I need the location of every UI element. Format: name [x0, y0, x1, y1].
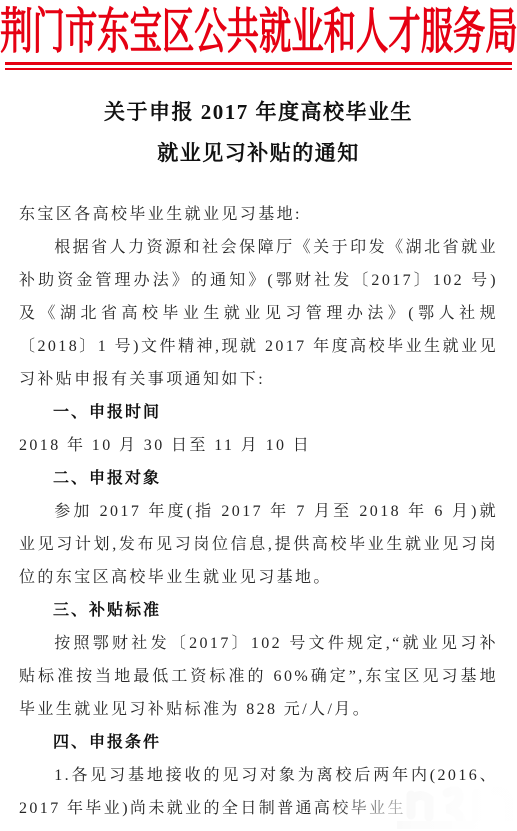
document-title-line2: 就业见习补贴的通知	[0, 133, 517, 174]
section-4-body: 1.各见习基地接收的见习对象为离校后两年内(2016、2017 年毕业)尚未就业…	[19, 759, 498, 825]
section-4-heading: 四、申报条件	[19, 726, 498, 759]
intro-paragraph: 根据省人力资源和社会保障厅《关于印发《湖北省就业补助资金管理办法》的通知》(鄂财…	[19, 231, 498, 396]
document-body: 东宝区各高校毕业生就业见习基地: 根据省人力资源和社会保障厅《关于印发《湖北省就…	[19, 198, 498, 825]
section-3-heading: 三、补贴标准	[19, 594, 498, 627]
section-3-body: 按照鄂财社发〔2017〕102 号文件规定,“就业见习补贴标准按当地最低工资标准…	[19, 627, 498, 726]
section-1-heading: 一、申报时间	[19, 396, 498, 429]
document-title-line1: 关于申报 2017 年度高校毕业生	[0, 92, 517, 133]
section-2-body: 参加 2017 年度(指 2017 年 7 月至 2018 年 6 月)就业见习…	[19, 495, 498, 594]
double-rule-divider	[5, 62, 512, 70]
notice-document-page: 荆门市东宝区公共就业和人才服务局 关于申报 2017 年度高校毕业生 就业见习补…	[0, 0, 517, 831]
section-2-heading: 二、申报对象	[19, 462, 498, 495]
letterhead-banner: 荆门市东宝区公共就业和人才服务局	[0, 4, 517, 60]
section-1-body: 2018 年 10 月 30 日至 11 月 10 日	[19, 429, 498, 462]
document-title: 关于申报 2017 年度高校毕业生 就业见习补贴的通知	[0, 92, 517, 174]
letterhead-title: 荆门市东宝区公共就业和人才服务局	[0, 4, 517, 60]
salutation-line: 东宝区各高校毕业生就业见习基地:	[19, 198, 498, 231]
